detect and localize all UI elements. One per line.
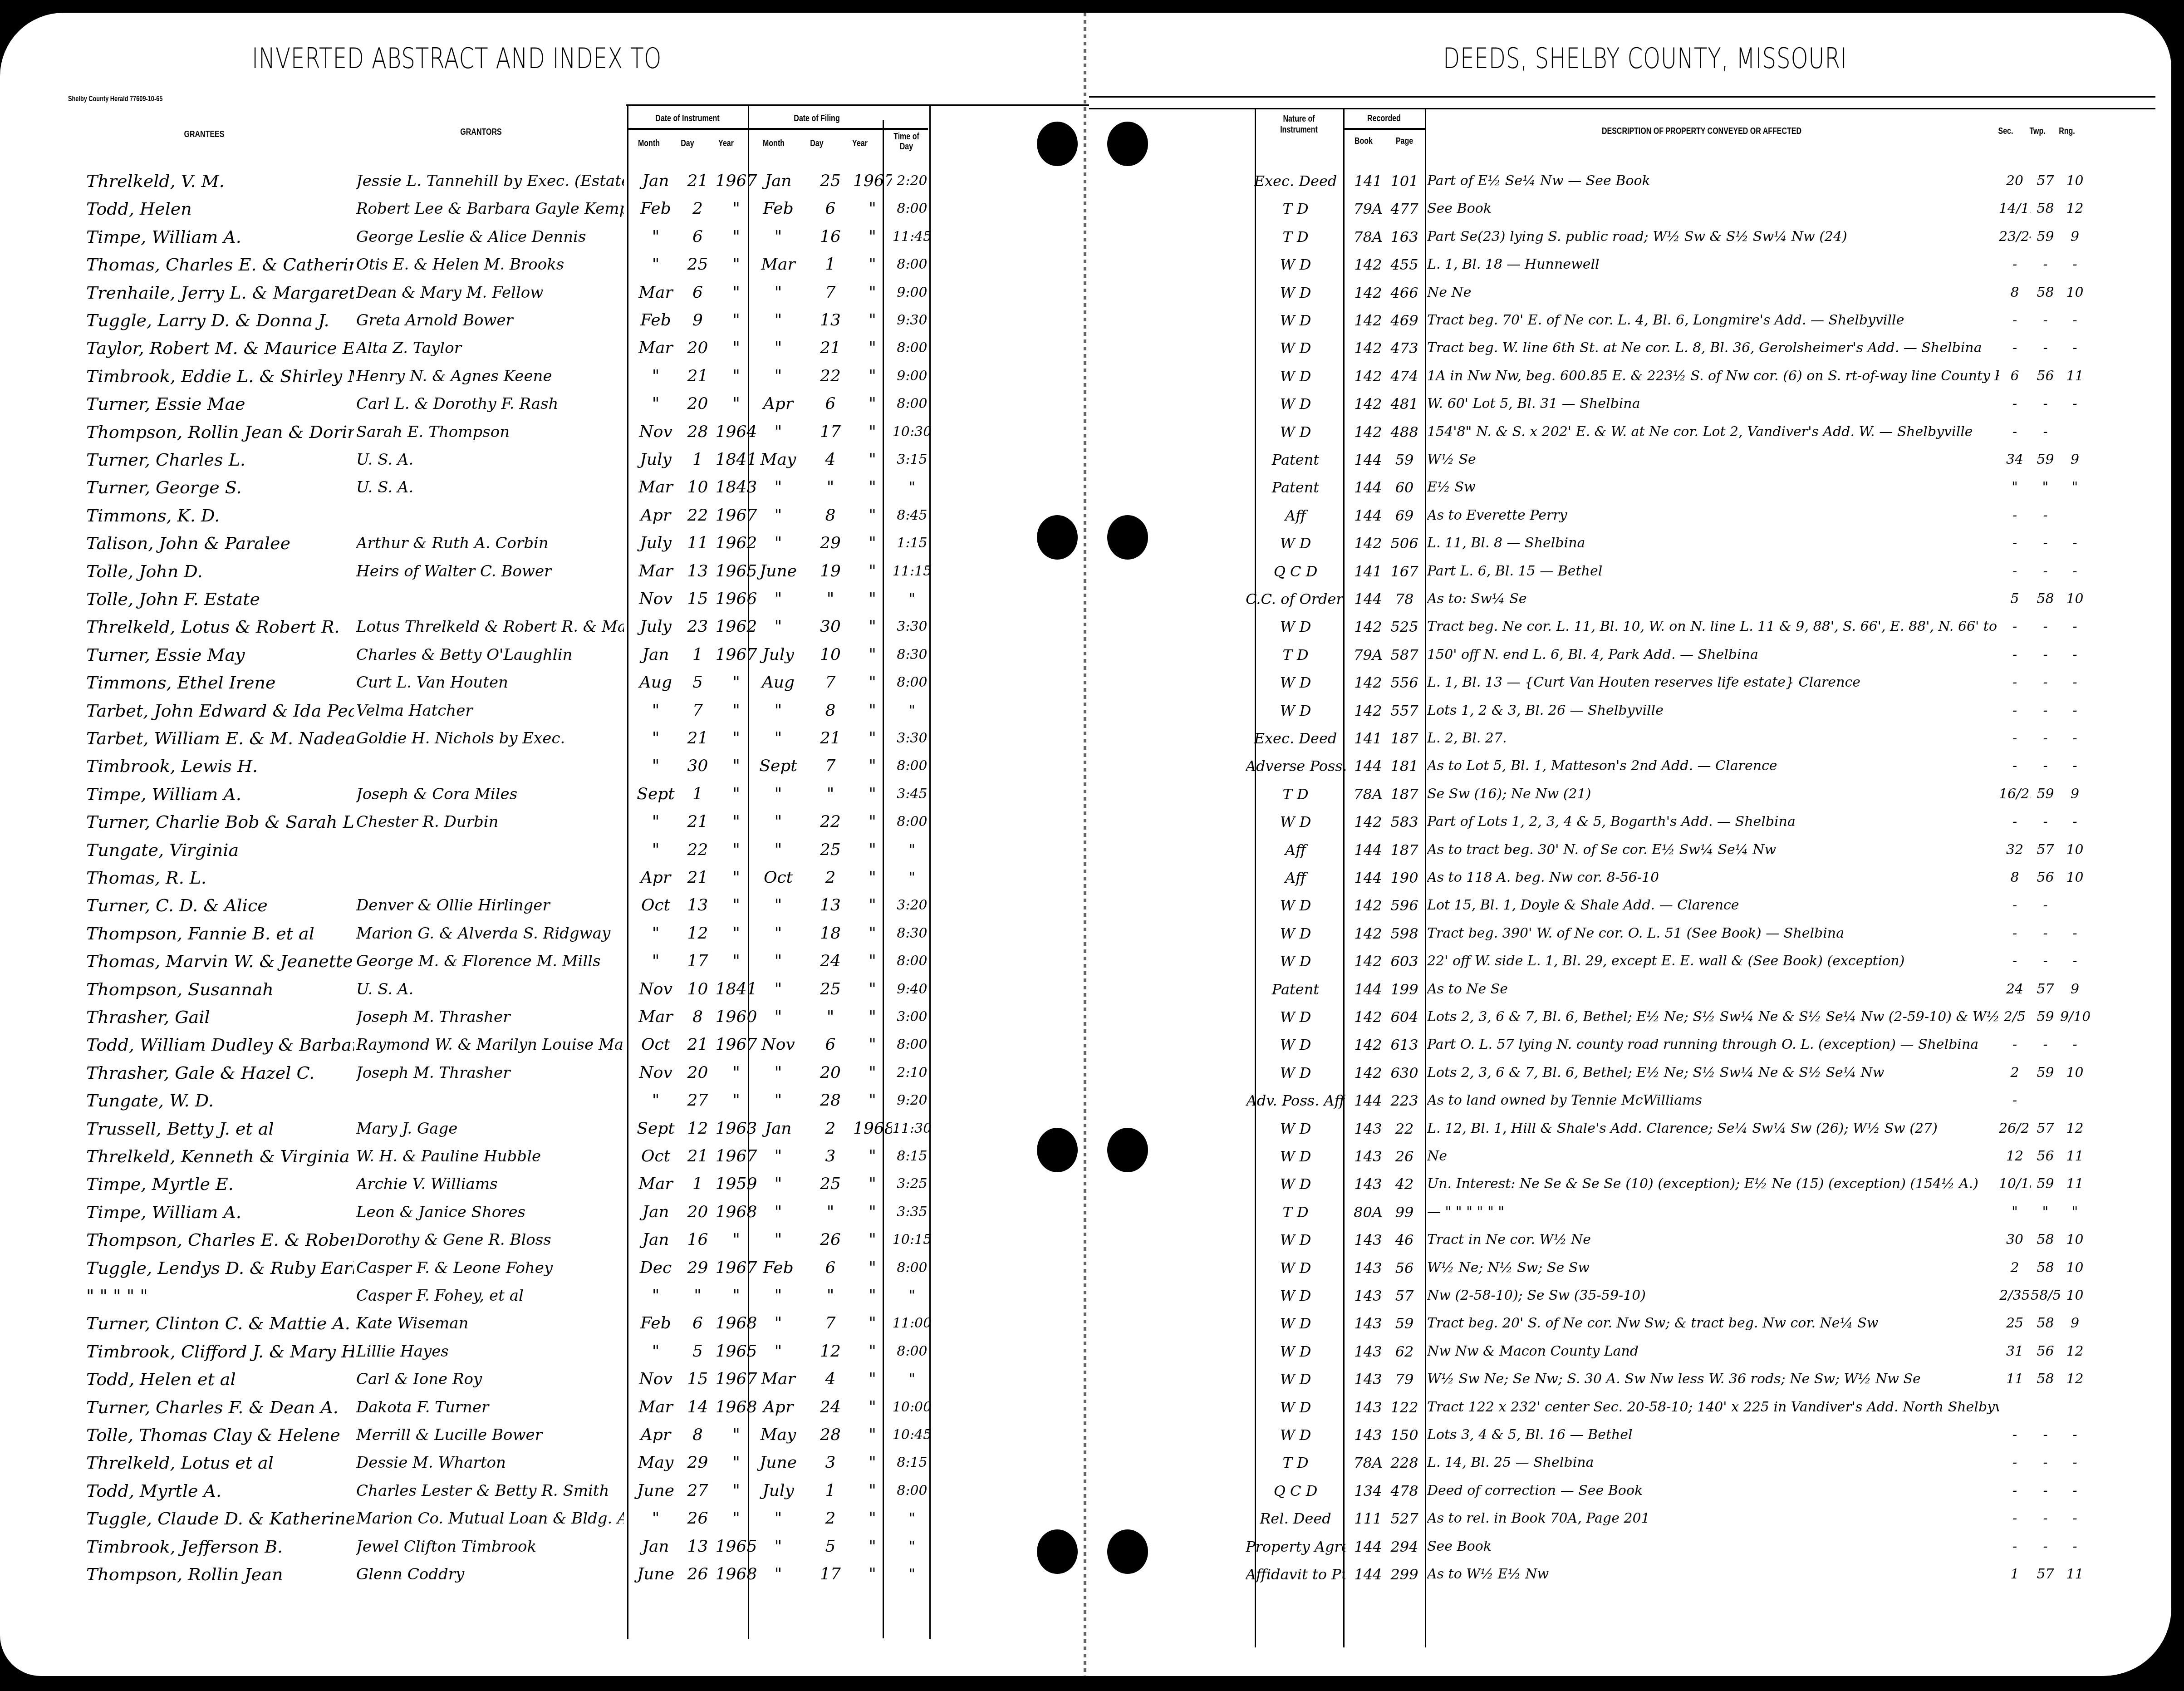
instrument-month-cell: June (631, 1561, 681, 1588)
time-of-day-cell: 9:00 (889, 280, 935, 306)
page-cell: 187 (1386, 837, 1423, 863)
township-cell: - (2031, 530, 2060, 556)
filing-year-cell: " (853, 1255, 892, 1281)
col-header-book: Book (1349, 136, 1378, 147)
page-cell: 190 (1386, 865, 1423, 891)
filing-month-cell: June (749, 1450, 808, 1476)
filing-month-cell: Feb (749, 196, 808, 222)
range-cell (2060, 502, 2090, 529)
section-cell: - (1999, 1478, 2031, 1504)
grantor-cell: U. S. A. (356, 474, 624, 501)
nature-of-instrument-cell: W D (1246, 892, 1345, 919)
range-cell: - (2060, 725, 2090, 752)
col-header-date-of-filing: Date of Filing (766, 113, 868, 124)
grantee-cell: Turner, Essie Mae (86, 391, 354, 417)
grantee-cell: Thomas, R. L. (86, 865, 354, 891)
book-cell: 142 (1350, 892, 1386, 919)
filing-day-cell: 4 (808, 1366, 853, 1392)
instrument-month-cell: Jan (631, 642, 681, 668)
grantee-cell: " " " " " (86, 1283, 354, 1309)
grantee-cell: Thomas, Marvin W. & Jeanette A. (86, 948, 354, 974)
filing-month-cell: " (749, 1171, 808, 1197)
grantor-cell: Lotus Threlkeld & Robert R. & Marilyn L.… (356, 614, 624, 640)
section-cell: 2 (1999, 1060, 2031, 1086)
grantee-cell: Talison, John & Paralee (86, 530, 354, 556)
grantor-cell: Carl L. & Dorothy F. Rash (356, 391, 624, 417)
grantee-cell: Thrasher, Gale & Hazel C. (86, 1060, 354, 1086)
grantor-cell: Denver & Ollie Hirlinger (356, 892, 624, 919)
filing-day-cell: " (808, 1283, 853, 1309)
filing-month-cell: Mar (749, 251, 808, 278)
nature-of-instrument-cell: W D (1246, 251, 1345, 278)
instrument-day-cell: 7 (681, 698, 715, 724)
instrument-day-cell: 21 (681, 725, 715, 752)
ledger-row: " " " " "Casper F. Fohey, et al"""""""W … (0, 1283, 2184, 1309)
instrument-month-cell: Nov (631, 419, 681, 445)
nature-of-instrument-cell: T D (1246, 1199, 1345, 1225)
ledger-row: Thomas, Marvin W. & Jeanette A.George M.… (0, 948, 2184, 974)
col-header-file-year: Year (847, 138, 873, 149)
binder-hole (1037, 122, 1078, 166)
page-cell: 22 (1386, 1116, 1423, 1142)
section-cell: 31 (1999, 1338, 2031, 1365)
description-cell: — " " " " " " (1427, 1199, 1999, 1225)
ledger-row: Tuggle, Lendys D. & Ruby EarleneCasper F… (0, 1255, 2184, 1281)
book-cell: 142 (1350, 251, 1386, 278)
nature-of-instrument-cell: W D (1246, 307, 1345, 334)
filing-day-cell: 25 (808, 168, 853, 194)
filing-day-cell: 10 (808, 642, 853, 668)
township-cell: 57 (2031, 1116, 2060, 1142)
instrument-month-cell: May (631, 1450, 681, 1476)
grantor-cell: Marion Co. Mutual Loan & Bldg. Assoc. (356, 1505, 624, 1532)
instrument-month-cell: Aug (631, 669, 681, 696)
page-cell: 26 (1386, 1143, 1423, 1170)
grantor-cell: George M. & Florence M. Mills (356, 948, 624, 974)
grantor-cell: Velma Hatcher (356, 698, 624, 724)
nature-of-instrument-cell: W D (1246, 419, 1345, 445)
nature-of-instrument-cell: Property Agreement (1246, 1534, 1345, 1560)
time-of-day-cell: 9:00 (889, 363, 935, 389)
time-of-day-cell: 10:00 (889, 1394, 935, 1421)
township-cell: - (2031, 502, 2060, 529)
filing-year-cell: " (853, 335, 892, 361)
range-cell (2060, 1087, 2090, 1114)
township-cell: - (2031, 809, 2060, 835)
nature-of-instrument-cell: T D (1246, 196, 1345, 222)
description-cell: Se Sw (16); Ne Nw (21) (1427, 781, 1999, 807)
instrument-month-cell: Mar (631, 558, 681, 585)
instrument-month-cell: Mar (631, 1171, 681, 1197)
instrument-month-cell: " (631, 948, 681, 974)
filing-year-cell: " (853, 251, 892, 278)
col-header-twp: Twp. (2023, 126, 2052, 137)
filing-year-cell: " (853, 1199, 892, 1225)
description-cell: Nw Nw & Macon County Land (1427, 1338, 1999, 1365)
instrument-month-cell: Jan (631, 168, 681, 194)
filing-day-cell: 6 (808, 391, 853, 417)
range-cell: - (2060, 1534, 2090, 1560)
section-cell (1999, 1394, 2031, 1421)
filing-day-cell: 12 (808, 1338, 853, 1365)
range-cell: - (2060, 920, 2090, 947)
section-cell: 2/35 (1999, 1283, 2031, 1309)
section-cell: 12 (1999, 1143, 2031, 1170)
filing-year-cell: " (853, 1561, 892, 1588)
instrument-month-cell: Feb (631, 196, 681, 222)
filing-day-cell: 2 (808, 1116, 853, 1142)
township-cell: - (2031, 1478, 2060, 1504)
township-cell: 59 (2031, 447, 2060, 473)
range-cell: 9 (2060, 447, 2090, 473)
nature-of-instrument-cell: T D (1246, 781, 1345, 807)
ledger-row: Turner, Clinton C. & Mattie A.Kate Wisem… (0, 1310, 2184, 1337)
instrument-day-cell: 1 (681, 447, 715, 473)
time-of-day-cell: 8:30 (889, 920, 935, 947)
filing-month-cell: " (749, 1060, 808, 1086)
filing-year-cell: " (853, 224, 892, 250)
page-cell: 59 (1386, 1310, 1423, 1337)
col-header-time-of-day: Time of Day (891, 132, 922, 152)
book-cell: 144 (1350, 502, 1386, 529)
ledger-row: Tungate, W. D."27""28"9:20Adv. Poss. Aff… (0, 1087, 2184, 1114)
book-cell: 143 (1350, 1394, 1386, 1421)
book-cell: 143 (1350, 1422, 1386, 1448)
description-cell: As to Lot 5, Bl. 1, Matteson's 2nd Add. … (1427, 753, 1999, 779)
instrument-day-cell: 25 (681, 251, 715, 278)
township-cell: 56 (2031, 1143, 2060, 1170)
nature-of-instrument-cell: W D (1246, 698, 1345, 724)
filing-month-cell: May (749, 1422, 808, 1448)
instrument-month-cell: Apr (631, 1422, 681, 1448)
grantor-cell: Joseph & Cora Miles (356, 781, 624, 807)
filing-month-cell: " (749, 419, 808, 445)
description-cell: See Book (1427, 196, 1999, 222)
filing-year-cell: " (853, 1310, 892, 1337)
township-cell: 59 (2031, 1060, 2060, 1086)
filing-year-cell: " (853, 1171, 892, 1197)
filing-day-cell: 5 (808, 1534, 853, 1560)
grantor-cell (356, 1087, 624, 1114)
section-cell: 11 (1999, 1366, 2031, 1392)
section-cell: - (1999, 1087, 2031, 1114)
section-cell: - (1999, 614, 2031, 640)
instrument-month-cell: Oct (631, 892, 681, 919)
ledger-row: Tarbet, William E. & M. NadeanGoldie H. … (0, 725, 2184, 752)
grantee-cell: Tolle, John F. Estate (86, 586, 354, 612)
filing-month-cell: Oct (749, 865, 808, 891)
time-of-day-cell: " (889, 1505, 935, 1532)
range-cell: 9/10 (2060, 1004, 2090, 1030)
section-cell: - (1999, 725, 2031, 752)
recorded-header-divider (1343, 128, 1425, 130)
time-of-day-cell: " (889, 698, 935, 724)
section-cell: - (1999, 1450, 2031, 1476)
nature-of-instrument-cell: T D (1246, 642, 1345, 668)
township-cell: 58 (2031, 196, 2060, 222)
township-cell: - (2031, 669, 2060, 696)
book-cell: 143 (1350, 1255, 1386, 1281)
filing-month-cell: Jan (749, 168, 808, 194)
grantor-cell: Mary J. Gage (356, 1116, 624, 1142)
filing-month-cell: " (749, 698, 808, 724)
filing-year-cell: " (853, 1004, 892, 1030)
book-cell: 79A (1350, 642, 1386, 668)
instrument-day-cell: 26 (681, 1561, 715, 1588)
filing-year-cell: " (853, 447, 892, 473)
grantor-cell: Dessie M. Wharton (356, 1450, 624, 1476)
book-cell: 144 (1350, 865, 1386, 891)
filing-day-cell: 22 (808, 809, 853, 835)
township-cell: 58 (2031, 1255, 2060, 1281)
filing-day-cell: " (808, 586, 853, 612)
time-of-day-cell: 9:20 (889, 1087, 935, 1114)
filing-day-cell: 22 (808, 363, 853, 389)
range-cell: 10 (2060, 1255, 2090, 1281)
time-of-day-cell: " (889, 474, 935, 501)
ledger-row: Thompson, SusannahU. S. A.Nov101841"25"9… (0, 976, 2184, 1003)
filing-day-cell: " (808, 474, 853, 501)
page-cell: 42 (1386, 1171, 1423, 1197)
grantor-cell: U. S. A. (356, 976, 624, 1003)
book-cell: 141 (1350, 725, 1386, 752)
grantee-cell: Tuggle, Lendys D. & Ruby Earlene (86, 1255, 354, 1281)
filing-year-cell: " (853, 781, 892, 807)
ledger-row: Thrasher, GailJoseph M. ThrasherMar81960… (0, 1004, 2184, 1030)
page-cell: 557 (1386, 698, 1423, 724)
filing-day-cell: 17 (808, 1561, 853, 1588)
book-cell: 144 (1350, 837, 1386, 863)
page-title-right: DEEDS, SHELBY COUNTY, MISSOURI (1443, 42, 1847, 75)
grantee-cell: Tarbet, William E. & M. Nadean (86, 725, 354, 752)
instrument-month-cell: Nov (631, 1060, 681, 1086)
grantee-cell: Turner, Essie May (86, 642, 354, 668)
range-cell: - (2060, 1032, 2090, 1058)
description-cell: As to Ne Se (1427, 976, 1999, 1003)
section-cell: - (1999, 809, 2031, 835)
nature-of-instrument-cell: Exec. Deed (1246, 168, 1345, 194)
ledger-row: Tarbet, John Edward & Ida PearlVelma Hat… (0, 698, 2184, 724)
book-cell: 144 (1350, 474, 1386, 501)
ledger-row: Thompson, Fannie B. et alMarion G. & Alv… (0, 920, 2184, 947)
grantor-cell: Carl & Ione Roy (356, 1366, 624, 1392)
description-cell: Lot 15, Bl. 1, Doyle & Shale Add. — Clar… (1427, 892, 1999, 919)
page-cell: 630 (1386, 1060, 1423, 1086)
time-of-day-cell: " (889, 1534, 935, 1560)
ledger-row: Turner, C. D. & AliceDenver & Ollie Hirl… (0, 892, 2184, 919)
range-cell: - (2060, 530, 2090, 556)
section-cell: - (1999, 1534, 2031, 1560)
instrument-day-cell: 9 (681, 307, 715, 334)
book-cell: 78A (1350, 781, 1386, 807)
page-cell: 527 (1386, 1505, 1423, 1532)
description-cell: 150' off N. end L. 6, Bl. 4, Park Add. —… (1427, 642, 1999, 668)
township-cell: 57 (2031, 168, 2060, 194)
township-cell: - (2031, 892, 2060, 919)
filing-month-cell: July (749, 642, 808, 668)
instrument-day-cell: 16 (681, 1227, 715, 1253)
nature-of-instrument-cell: Q C D (1246, 1478, 1345, 1504)
instrument-month-cell: Mar (631, 474, 681, 501)
time-of-day-cell: 11:45 (889, 224, 935, 250)
ledger-row: Todd, Helen et alCarl & Ione RoyNov15196… (0, 1366, 2184, 1392)
filing-day-cell: 24 (808, 1394, 853, 1421)
time-of-day-cell: 3:45 (889, 781, 935, 807)
grantor-cell: George Leslie & Alice Dennis (356, 224, 624, 250)
filing-year-cell: " (853, 474, 892, 501)
filing-month-cell: " (749, 1310, 808, 1337)
instrument-day-cell: 8 (681, 1422, 715, 1448)
grantor-cell: Archie V. Williams (356, 1171, 624, 1197)
township-cell: 58/59 (2031, 1283, 2060, 1309)
instrument-day-cell: 15 (681, 1366, 715, 1392)
instrument-month-cell: July (631, 530, 681, 556)
filing-day-cell: 1 (808, 251, 853, 278)
description-cell: Deed of correction — See Book (1427, 1478, 1999, 1504)
grantor-cell: Curt L. Van Houten (356, 669, 624, 696)
section-cell: - (1999, 642, 2031, 668)
ledger-row: Trussell, Betty J. et alMary J. GageSept… (0, 1116, 2184, 1142)
page-cell: 299 (1386, 1561, 1423, 1588)
filing-month-cell: " (749, 1004, 808, 1030)
time-of-day-cell: 8:00 (889, 809, 935, 835)
description-cell: Tract beg. 20' S. of Ne cor. Nw Sw; & tr… (1427, 1310, 1999, 1337)
time-of-day-cell: 8:00 (889, 251, 935, 278)
grantor-cell (356, 837, 624, 863)
grantor-cell: Dean & Mary M. Fellow (356, 280, 624, 306)
instrument-month-cell: Mar (631, 1394, 681, 1421)
township-cell: 57 (2031, 976, 2060, 1003)
instrument-month-cell: Mar (631, 280, 681, 306)
filing-month-cell: " (749, 530, 808, 556)
grantor-cell: Merrill & Lucille Bower (356, 1422, 624, 1448)
nature-of-instrument-cell: W D (1246, 1338, 1345, 1365)
description-cell: Lots 3, 4 & 5, Bl. 16 — Bethel (1427, 1422, 1999, 1448)
range-cell: - (2060, 1450, 2090, 1476)
book-cell: 143 (1350, 1366, 1386, 1392)
township-cell: " (2031, 1199, 2060, 1225)
township-cell: 57 (2031, 837, 2060, 863)
page-cell: 469 (1386, 307, 1423, 334)
filing-day-cell: 6 (808, 1032, 853, 1058)
ledger-row: Taylor, Robert M. & Maurice E.Alta Z. Ta… (0, 335, 2184, 361)
range-cell: 10 (2060, 586, 2090, 612)
grantor-cell: Jewel Clifton Timbrook (356, 1534, 624, 1560)
township-cell: 59 (2031, 1171, 2060, 1197)
instrument-month-cell: " (631, 224, 681, 250)
instrument-month-cell: Apr (631, 865, 681, 891)
time-of-day-cell: 3:30 (889, 614, 935, 640)
section-cell: 30 (1999, 1227, 2031, 1253)
grantor-cell (356, 865, 624, 891)
instrument-day-cell: 22 (681, 502, 715, 529)
section-cell: - (1999, 419, 2031, 445)
book-cell: 144 (1350, 753, 1386, 779)
filing-year-cell: " (853, 698, 892, 724)
instrument-month-cell: Sept (631, 1116, 681, 1142)
time-of-day-cell: 8:00 (889, 753, 935, 779)
ledger-row: Thompson, Rollin Jean & Dorinda et alSar… (0, 419, 2184, 445)
instrument-month-cell: Nov (631, 586, 681, 612)
ledger-row: Thompson, Rollin JeanGlenn CoddryJune261… (0, 1561, 2184, 1588)
township-cell: 59 (2031, 781, 2060, 807)
instrument-month-cell: Sept (631, 781, 681, 807)
grantee-cell: Timmons, K. D. (86, 502, 354, 529)
filing-day-cell: 18 (808, 920, 853, 947)
time-of-day-cell: 9:30 (889, 307, 935, 334)
grantor-cell: Kate Wiseman (356, 1310, 624, 1337)
ledger-row: Tungate, Virginia"22""25""Aff144187As to… (0, 837, 2184, 863)
grantee-cell: Thomas, Charles E. & Catherine J. (86, 251, 354, 278)
page-cell: 57 (1386, 1283, 1423, 1309)
ledger-row: Thompson, Charles E. & Roberta B.Dorothy… (0, 1227, 2184, 1253)
range-cell: - (2060, 809, 2090, 835)
page-cell: 466 (1386, 280, 1423, 306)
instrument-day-cell: 11 (681, 530, 715, 556)
section-cell: - (1999, 251, 2031, 278)
time-of-day-cell: 8:30 (889, 642, 935, 668)
instrument-month-cell: " (631, 837, 681, 863)
ledger-row: Timbrook, Eddie L. & Shirley M.Henry N. … (0, 363, 2184, 389)
description-cell: Tract beg. W. line 6th St. at Ne cor. L.… (1427, 335, 1999, 361)
filing-year-cell: " (853, 837, 892, 863)
filing-year-cell: " (853, 1450, 892, 1476)
township-cell: - (2031, 948, 2060, 974)
nature-of-instrument-cell: W D (1246, 1116, 1345, 1142)
instrument-month-cell: Apr (631, 502, 681, 529)
page-cell: 455 (1386, 251, 1423, 278)
range-cell (2060, 419, 2090, 445)
filing-year-cell: " (853, 1087, 892, 1114)
township-cell (2031, 1087, 2060, 1114)
filing-month-cell: Aug (749, 669, 808, 696)
nature-of-instrument-cell: W D (1246, 530, 1345, 556)
time-of-day-cell: " (889, 837, 935, 863)
ledger-row: Turner, Charles L.U. S. A.July11841May4"… (0, 447, 2184, 473)
book-cell: 79A (1350, 196, 1386, 222)
grantee-cell: Turner, Clinton C. & Mattie A. (86, 1310, 354, 1337)
instrument-month-cell: " (631, 1338, 681, 1365)
book-cell: 142 (1350, 920, 1386, 947)
book-cell: 78A (1350, 1450, 1386, 1476)
filing-year-cell: " (853, 586, 892, 612)
binder-hole (1107, 122, 1148, 166)
grantee-cell: Turner, Charlie Bob & Sarah L. (86, 809, 354, 835)
description-cell: L. 1, Bl. 18 — Hunnewell (1427, 251, 1999, 278)
instrument-month-cell: " (631, 698, 681, 724)
time-of-day-cell: " (889, 1366, 935, 1392)
book-cell: 143 (1350, 1310, 1386, 1337)
filing-month-cell: " (749, 1227, 808, 1253)
instrument-day-cell: 27 (681, 1478, 715, 1504)
col-header-grantors: GRANTORS (445, 127, 517, 138)
instrument-day-cell: 17 (681, 948, 715, 974)
ledger-row: Todd, William Dudley & Barbara J.Raymond… (0, 1032, 2184, 1058)
range-cell: 9 (2060, 976, 2090, 1003)
township-cell: - (2031, 725, 2060, 752)
filing-month-cell: " (749, 224, 808, 250)
grantee-cell: Timpe, William A. (86, 224, 354, 250)
township-cell: 58 (2031, 280, 2060, 306)
description-cell: 154'8" N. & S. x 202' E. & W. at Ne cor.… (1427, 419, 1999, 445)
filing-day-cell: 8 (808, 698, 853, 724)
filing-day-cell: 25 (808, 837, 853, 863)
book-cell: 143 (1350, 1283, 1386, 1309)
book-cell: 142 (1350, 698, 1386, 724)
filing-year-cell: " (853, 502, 892, 529)
page-cell: 488 (1386, 419, 1423, 445)
section-cell: 5 (1999, 586, 2031, 612)
